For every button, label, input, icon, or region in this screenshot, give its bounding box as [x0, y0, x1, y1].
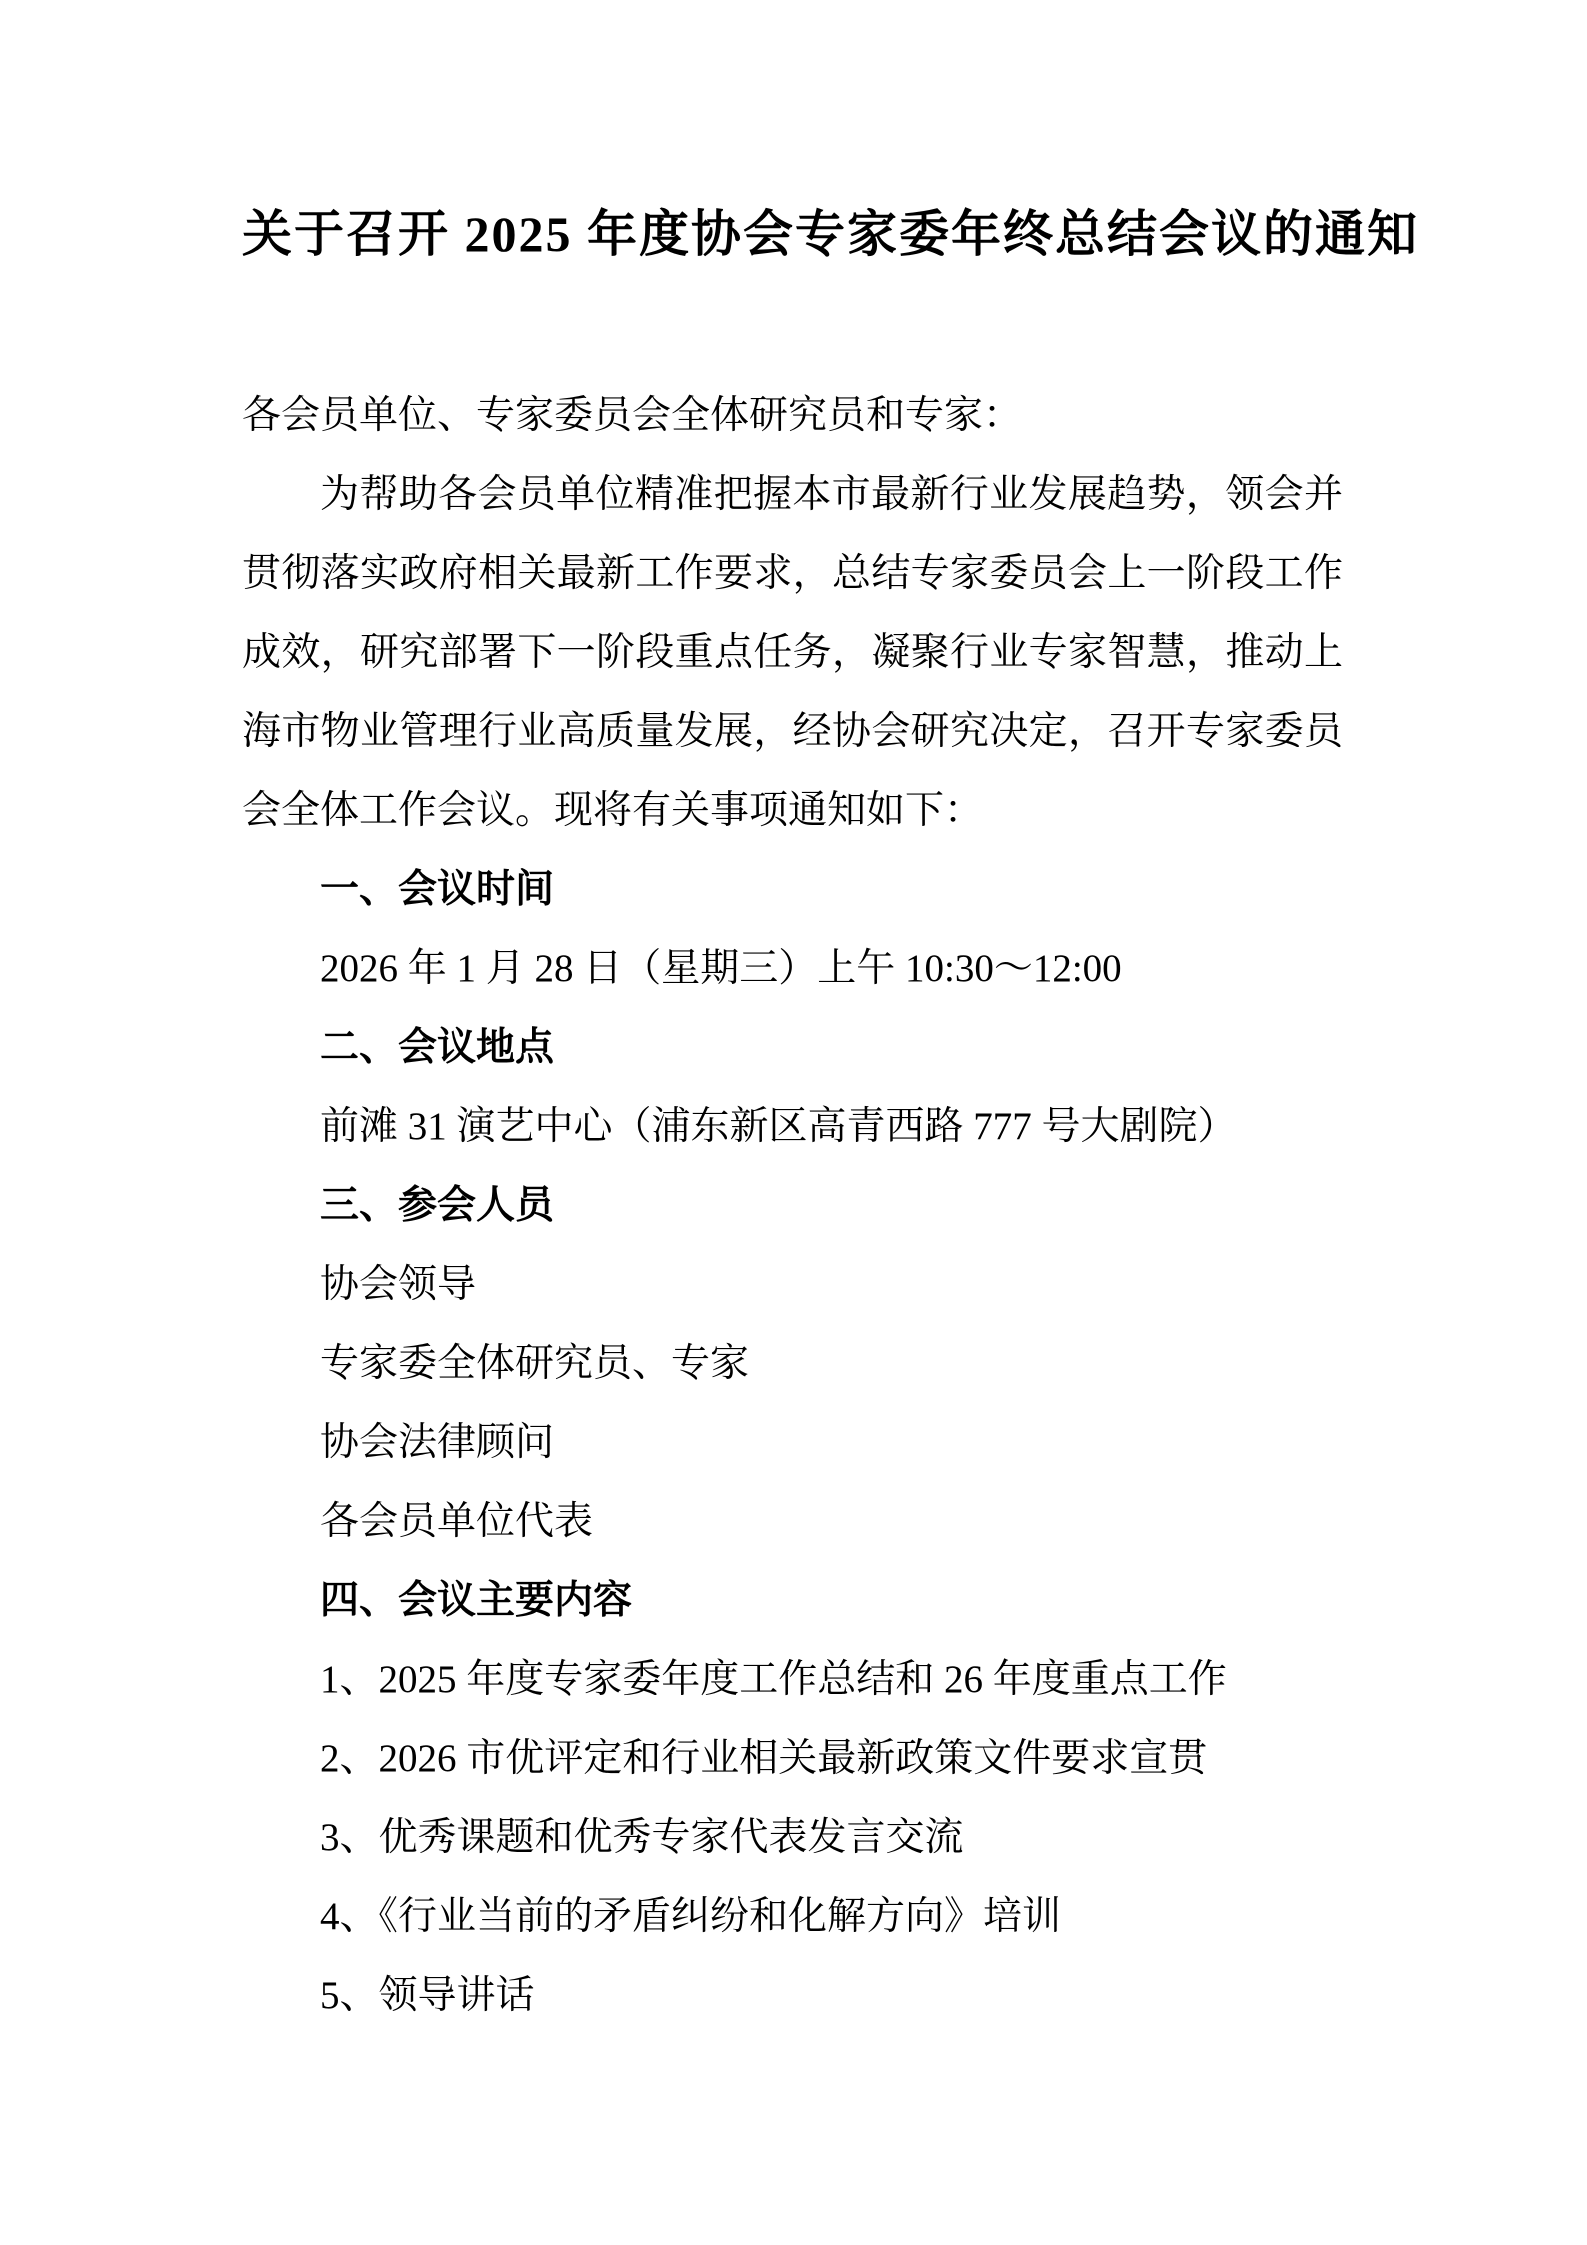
document-line: 各会员单位、专家委员会全体研究员和专家： [242, 376, 1343, 455]
document-line: 协会法律顾问 [242, 1403, 1343, 1482]
document-line: 2026 年 1 月 28 日（星期三）上午 10:30～12:00 [242, 929, 1343, 1008]
document-line: 为帮助各会员单位精准把握本市最新行业发展趋势，领会并 [242, 455, 1343, 534]
document-line: 1、2025 年度专家委年度工作总结和 26 年度重点工作 [242, 1640, 1343, 1719]
document-line: 会全体工作会议。现将有关事项通知如下： [242, 771, 1343, 850]
document-line: 2、2026 市优评定和行业相关最新政策文件要求宣贯 [242, 1719, 1343, 1798]
document-line: 4、《行业当前的矛盾纠纷和化解方向》培训 [242, 1877, 1343, 1956]
document-line: 四、会议主要内容 [242, 1561, 1343, 1640]
document-page: 关于召开 2025 年度协会专家委年终总结会议的通知 各会员单位、专家委员会全体… [0, 0, 1587, 2245]
document-line: 专家委全体研究员、专家 [242, 1324, 1343, 1403]
document-line: 5、领导讲话 [242, 1956, 1343, 2035]
title-body-gap [242, 280, 1343, 376]
document-line: 成效，研究部署下一阶段重点任务，凝聚行业专家智慧，推动上 [242, 613, 1343, 692]
document-line: 协会领导 [242, 1245, 1343, 1324]
document-title: 关于召开 2025 年度协会专家委年终总结会议的通知 [242, 188, 1343, 280]
document-line: 各会员单位代表 [242, 1482, 1343, 1561]
document-line: 贯彻落实政府相关最新工作要求，总结专家委员会上一阶段工作 [242, 534, 1343, 613]
document-line: 一、会议时间 [242, 850, 1343, 929]
document-line: 3、优秀课题和优秀专家代表发言交流 [242, 1798, 1343, 1877]
document-line: 海市物业管理行业高质量发展，经协会研究决定，召开专家委员 [242, 692, 1343, 771]
document-line: 前滩 31 演艺中心（浦东新区高青西路 777 号大剧院） [242, 1087, 1343, 1166]
document-body: 各会员单位、专家委员会全体研究员和专家：为帮助各会员单位精准把握本市最新行业发展… [242, 376, 1343, 2035]
document-line: 三、参会人员 [242, 1166, 1343, 1245]
document-line: 二、会议地点 [242, 1008, 1343, 1087]
